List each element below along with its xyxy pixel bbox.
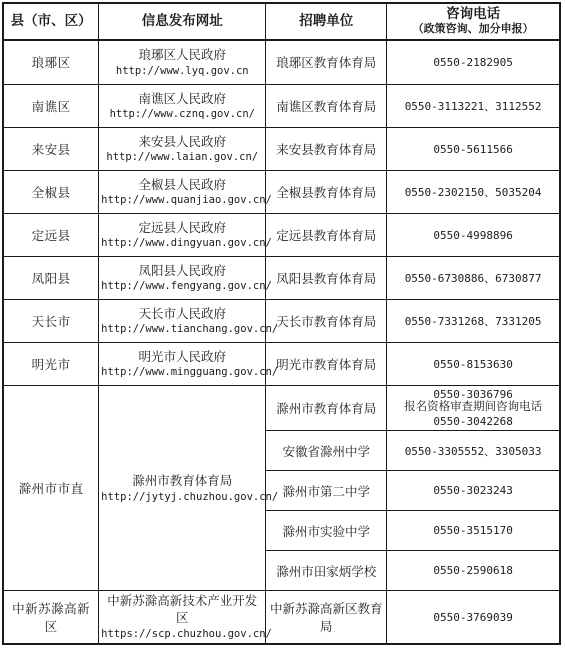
- phone-header-subtitle: （政策咨询、加分申报）: [389, 23, 557, 37]
- table-row: 凤阳县 凤阳县人民政府 http://www.fengyang.gov.cn/ …: [3, 257, 560, 300]
- site-url: http://jytyj.chuzhou.gov.cn/: [101, 490, 263, 504]
- phone-cell: 0550-2302150、5035204: [387, 171, 560, 214]
- site-url: https://scp.chuzhou.gov.cn/: [101, 627, 263, 641]
- phone-cell: 0550-3023243: [387, 471, 560, 511]
- table-row: 天长市 天长市人民政府 http://www.tianchang.gov.cn/…: [3, 300, 560, 343]
- site-url: http://www.tianchang.gov.cn/: [101, 322, 263, 336]
- recruitment-info-table: 县（市、区） 信息发布网址 招聘单位 咨询电话 （政策咨询、加分申报） 琅琊区 …: [2, 2, 561, 645]
- website-cell: 天长市人民政府 http://www.tianchang.gov.cn/: [99, 300, 266, 343]
- unit-cell: 滁州市教育体育局: [266, 386, 387, 431]
- site-name: 全椒县人民政府: [101, 177, 263, 194]
- county-cell-merged: 滁州市市直: [3, 386, 99, 591]
- unit-cell: 南谯区教育体育局: [266, 85, 387, 128]
- phone-cell: 0550-3305552、3305033: [387, 431, 560, 471]
- table-row: 来安县 来安县人民政府 http://www.laian.gov.cn/ 来安县…: [3, 128, 560, 171]
- county-cell: 定远县: [3, 214, 99, 257]
- phone-cell: 0550-3036796 报名资格审查期间咨询电话 0550-3042268: [387, 386, 560, 431]
- site-name: 南谯区人民政府: [101, 91, 263, 108]
- unit-cell: 定远县教育体育局: [266, 214, 387, 257]
- site-url: http://www.mingguang.gov.cn/: [101, 365, 263, 379]
- website-cell: 凤阳县人民政府 http://www.fengyang.gov.cn/: [99, 257, 266, 300]
- unit-cell: 来安县教育体育局: [266, 128, 387, 171]
- unit-cell: 天长市教育体育局: [266, 300, 387, 343]
- unit-cell: 凤阳县教育体育局: [266, 257, 387, 300]
- table-row: 中新苏滁高新区 中新苏滁高新技术产业开发区 https://scp.chuzho…: [3, 591, 560, 644]
- unit-cell: 琅琊区教育体育局: [266, 40, 387, 85]
- site-name: 天长市人民政府: [101, 306, 263, 323]
- phone-cell: 0550-6730886、6730877: [387, 257, 560, 300]
- county-cell: 来安县: [3, 128, 99, 171]
- phone-cell: 0550-2182905: [387, 40, 560, 85]
- phone-cell: 0550-3113221、3112552: [387, 85, 560, 128]
- col-header-unit: 招聘单位: [266, 3, 387, 40]
- table-row: 琅琊区 琅琊区人民政府 http://www.lyq.gov.cn 琅琊区教育体…: [3, 40, 560, 85]
- site-url: http://www.laian.gov.cn/: [101, 150, 263, 164]
- county-cell: 全椒县: [3, 171, 99, 214]
- site-name: 琅琊区人民政府: [101, 47, 263, 64]
- unit-cell: 滁州市实验中学: [266, 511, 387, 551]
- unit-cell: 滁州市第二中学: [266, 471, 387, 511]
- unit-cell: 安徽省滁州中学: [266, 431, 387, 471]
- unit-cell: 全椒县教育体育局: [266, 171, 387, 214]
- site-name: 滁州市教育体育局: [101, 473, 263, 490]
- phone-header-title: 咨询电话: [446, 6, 500, 21]
- table-row: 定远县 定远县人民政府 http://www.dingyuan.gov.cn/ …: [3, 214, 560, 257]
- website-cell-merged: 滁州市教育体育局 http://jytyj.chuzhou.gov.cn/: [99, 386, 266, 591]
- document-page: 县（市、区） 信息发布网址 招聘单位 咨询电话 （政策咨询、加分申报） 琅琊区 …: [0, 0, 565, 647]
- phone-line: 0550-3036796: [389, 388, 557, 401]
- unit-cell: 明光市教育体育局: [266, 343, 387, 386]
- col-header-phone: 咨询电话 （政策咨询、加分申报）: [387, 3, 560, 40]
- county-cell: 天长市: [3, 300, 99, 343]
- phone-cell: 0550-7331268、7331205: [387, 300, 560, 343]
- site-url: http://www.fengyang.gov.cn/: [101, 279, 263, 293]
- site-url: http://www.cznq.gov.cn/: [101, 107, 263, 121]
- phone-line: 0550-3042268: [389, 415, 557, 428]
- site-name: 明光市人民政府: [101, 349, 263, 366]
- county-cell: 琅琊区: [3, 40, 99, 85]
- website-cell: 定远县人民政府 http://www.dingyuan.gov.cn/: [99, 214, 266, 257]
- site-name: 凤阳县人民政府: [101, 263, 263, 280]
- website-cell: 明光市人民政府 http://www.mingguang.gov.cn/: [99, 343, 266, 386]
- site-url: http://www.lyq.gov.cn: [101, 64, 263, 78]
- header-row: 县（市、区） 信息发布网址 招聘单位 咨询电话 （政策咨询、加分申报）: [3, 3, 560, 40]
- col-header-county: 县（市、区）: [3, 3, 99, 40]
- county-cell: 凤阳县: [3, 257, 99, 300]
- phone-cell: 0550-5611566: [387, 128, 560, 171]
- table-row: 全椒县 全椒县人民政府 http://www.quanjiao.gov.cn/ …: [3, 171, 560, 214]
- phone-cell: 0550-4998896: [387, 214, 560, 257]
- site-name: 来安县人民政府: [101, 134, 263, 151]
- county-cell: 南谯区: [3, 85, 99, 128]
- phone-cell: 0550-3515170: [387, 511, 560, 551]
- unit-cell: 中新苏滁高新区教育局: [266, 591, 387, 644]
- unit-cell: 滁州市田家炳学校: [266, 551, 387, 591]
- site-name: 定远县人民政府: [101, 220, 263, 237]
- website-cell: 来安县人民政府 http://www.laian.gov.cn/: [99, 128, 266, 171]
- website-cell: 琅琊区人民政府 http://www.lyq.gov.cn: [99, 40, 266, 85]
- table-row: 滁州市市直 滁州市教育体育局 http://jytyj.chuzhou.gov.…: [3, 386, 560, 431]
- site-url: http://www.quanjiao.gov.cn/: [101, 193, 263, 207]
- website-cell: 中新苏滁高新技术产业开发区 https://scp.chuzhou.gov.cn…: [99, 591, 266, 644]
- col-header-website: 信息发布网址: [99, 3, 266, 40]
- table-row: 明光市 明光市人民政府 http://www.mingguang.gov.cn/…: [3, 343, 560, 386]
- phone-note: 报名资格审查期间咨询电话: [389, 401, 557, 415]
- county-cell: 明光市: [3, 343, 99, 386]
- table-row: 南谯区 南谯区人民政府 http://www.cznq.gov.cn/ 南谯区教…: [3, 85, 560, 128]
- phone-cell: 0550-8153630: [387, 343, 560, 386]
- site-url: http://www.dingyuan.gov.cn/: [101, 236, 263, 250]
- phone-cell: 0550-3769039: [387, 591, 560, 644]
- phone-cell: 0550-2590618: [387, 551, 560, 591]
- site-name: 中新苏滁高新技术产业开发区: [101, 593, 263, 627]
- county-cell: 中新苏滁高新区: [3, 591, 99, 644]
- website-cell: 全椒县人民政府 http://www.quanjiao.gov.cn/: [99, 171, 266, 214]
- website-cell: 南谯区人民政府 http://www.cznq.gov.cn/: [99, 85, 266, 128]
